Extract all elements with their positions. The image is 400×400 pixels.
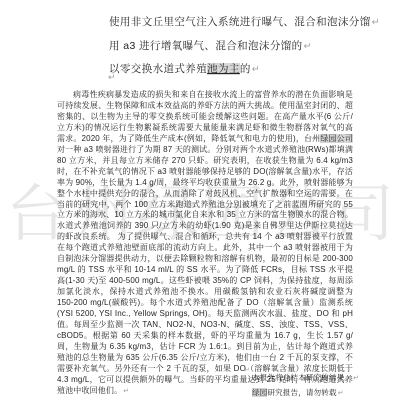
title-text-1: 使用非文丘里空气注入系统进行曝气、混合和泡沫分馏: [109, 16, 371, 28]
empty-paragraph: ↵: [243, 365, 250, 374]
footer-text-2: 研究报告，请勿转载: [267, 388, 336, 397]
highlighted-field-text: 池为主: [207, 63, 240, 75]
paragraph-mark: ↵: [244, 365, 250, 374]
highlighted-company-name: 绿园: [252, 388, 267, 397]
title-line-2: 用 a3 进行增氧曝气、混合和泡沫分馏的↵: [109, 35, 380, 59]
footer-text-1: 本报告将总结本研究的结果。: [252, 373, 352, 382]
document-page: 台州绿园公司 使用非文丘里空气注入系统进行曝气、混合和泡沫分馏↵ 用 a3 进行…: [0, 0, 400, 400]
paragraph-mark: ↵: [252, 64, 260, 75]
paragraph-mark: ↵: [123, 386, 129, 395]
highlighted-company-name: 绿园公司: [320, 134, 353, 143]
body-text: 对一种 a3 喷射器进行了为期 87 天的测试。分别对两个水道式养殖池(RWs)…: [57, 145, 353, 395]
title-text-2: 用 a3 进行增氧曝气、混合和泡沫分馏的: [109, 40, 303, 52]
body-text: 病毒性疾病暴发造成的损失和来自在接收水流上的富营养水的潜在负面影响是可持续发展、…: [57, 90, 353, 143]
paragraph-mark: ↵: [304, 41, 312, 52]
footer-block: 本报告将总结本研究的结果。↵ 绿园研究报告，请勿转载↵: [252, 371, 359, 400]
empty-paragraph: ↵: [107, 72, 116, 83]
title-text-3b: 的: [240, 63, 251, 75]
paragraph-mark: ↵: [372, 17, 380, 28]
paragraph-mark: ↵: [338, 390, 344, 397]
doc-title-block: 使用非文丘里空气注入系统进行曝气、混合和泡沫分馏↵ 用 a3 进行增氧曝气、混合…: [109, 11, 380, 82]
footer-line-2: 绿园研究报告，请勿转载↵: [252, 386, 359, 400]
body-paragraph: 病毒性疾病暴发造成的损失和来自在接收水流上的富营养水的潜在负面影响是可持续发展、…: [57, 90, 353, 397]
title-text-3a: 以零交换水道式养殖: [109, 63, 207, 75]
footer-line-1: 本报告将总结本研究的结果。↵: [252, 371, 359, 386]
paragraph-mark: ↵: [353, 375, 359, 382]
title-line-3: 以零交换水道式养殖池为主的↵: [109, 58, 380, 82]
title-line-1: 使用非文丘里空气注入系统进行曝气、混合和泡沫分馏↵: [109, 11, 380, 35]
paragraph-mark: ↵: [108, 72, 116, 82]
